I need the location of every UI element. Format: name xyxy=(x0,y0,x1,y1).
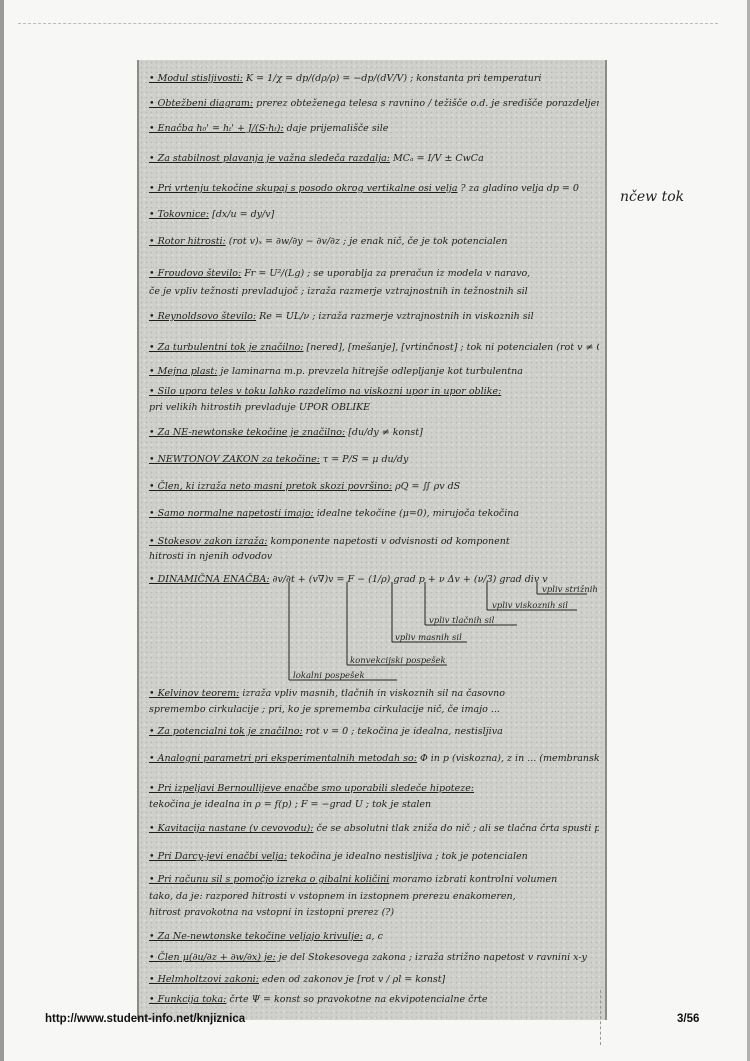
note-line: • Za potencialni tok je značilno: rot v … xyxy=(149,725,599,738)
note-text: hitrosti in njenih odvodov xyxy=(149,551,272,562)
note-text: če je vpliv težnosti prevladujoč ; izraž… xyxy=(149,286,528,297)
note-text: [dx/u = dy/v] xyxy=(209,209,274,220)
fold-line xyxy=(600,990,601,1045)
page-number: 3/56 xyxy=(677,1013,699,1025)
note-line: • Mejna plast: je laminarna m.p. prevzel… xyxy=(149,365,599,378)
note-text: tako, da je: razpored hitrosti v vstopne… xyxy=(149,891,516,902)
note-label: • Stokesov zakon izraža: xyxy=(149,536,267,547)
note-label: • Za Ne-newtonske tekočine veljajo krivu… xyxy=(149,931,363,942)
note-text: daje prijemališče sile xyxy=(284,123,389,134)
note-label: • Mejna plast: xyxy=(149,366,217,377)
note-line: • Rotor hitrosti: (rot v)ₓ = ∂w/∂y − ∂v/… xyxy=(149,235,599,248)
note-text: idealne tekočine (μ=0), mirujoča tekočin… xyxy=(314,508,519,519)
note-text: hitrost pravokotna na vstopni in izstopn… xyxy=(149,907,394,918)
note-line: • Pri vrtenju tekočine skupaj s posodo o… xyxy=(149,182,599,195)
note-text: če se absolutni tlak zniža do nič ; ali … xyxy=(313,823,599,834)
note-text: (rot v)ₓ = ∂w/∂y − ∂v/∂z ; je enak nič, … xyxy=(226,236,508,247)
note-text: [nered], [mešanje], [vrtinčnost] ; tok n… xyxy=(303,342,599,353)
note-text: [du/dy ≠ konst] xyxy=(345,427,423,438)
note-label: • Modul stisljivosti: xyxy=(149,73,243,84)
note-text: tekočina je idealno nestisljiva ; tok je… xyxy=(287,851,528,862)
note-line: hitrosti in njenih odvodov xyxy=(149,550,599,563)
note-label: • Pri izpeljavi Bernoullijeve enačbe smo… xyxy=(149,783,474,794)
note-label: • Samo normalne napetosti imajo: xyxy=(149,508,314,519)
note-line: • Modul stisljivosti: K = 1/χ = dp/(dρ/ρ… xyxy=(149,72,599,85)
note-label: • Pri Darcy-jevi enačbi velja: xyxy=(149,851,287,862)
note-text: moramo izbrati kontrolni volumen xyxy=(389,874,557,885)
label-tlacne: vpliv tlačnih sil xyxy=(429,615,495,626)
note-line: pri velikih hitrostih prevladuje UPOR OB… xyxy=(149,401,599,414)
note-label: • Pri računu sil s pomočjo izreka o giba… xyxy=(149,874,389,885)
note-line: • Pri izpeljavi Bernoullijeve enačbe smo… xyxy=(149,782,599,795)
footer-source-url[interactable]: http://www.student-info.net/knjiznica xyxy=(45,1013,245,1025)
note-text: prerez obteženega telesa s ravnino / tež… xyxy=(253,98,599,109)
note-line: • Helmholtzovi zakoni: eden od zakonov j… xyxy=(149,973,599,986)
note-line: spremembo cirkulacije ; pri, ko je sprem… xyxy=(149,703,599,716)
note-label: • Silo upora teles v toku lahko razdelim… xyxy=(149,386,501,397)
note-label: • Tokovnice: xyxy=(149,209,209,220)
note-line: tako, da je: razpored hitrosti v vstopne… xyxy=(149,890,599,903)
note-text: Φ in p (viskozna), z in ... (membranska)… xyxy=(417,753,599,764)
note-text: komponente napetosti v odvisnosti od kom… xyxy=(267,536,509,547)
label-masne: vpliv masnih sil xyxy=(395,633,462,643)
note-label: • Funkcija toka: xyxy=(149,994,226,1005)
note-text: K = 1/χ = dp/(dρ/ρ) = −dp/(dV/V) ; konst… xyxy=(243,73,541,84)
label-strizne: vpliv strižnih xyxy=(542,584,598,595)
note-text: rot v = 0 ; tekočina je idealna, nestisl… xyxy=(303,726,503,737)
note-line: • Za stabilnost plavanja je važna sledeč… xyxy=(149,152,599,165)
note-text: je del Stokesovega zakona ; izraža striž… xyxy=(276,952,587,963)
note-line: • Za turbulentni tok je značilno: [nered… xyxy=(149,341,599,354)
note-text: ρQ = ∬ ρv dS xyxy=(392,481,460,492)
note-label: • Člen, ki izraža neto masni pretok skoz… xyxy=(149,481,392,492)
note-line: • Člen, ki izraža neto masni pretok skoz… xyxy=(149,480,599,493)
note-text: τ = P/S = μ du/dy xyxy=(320,454,408,465)
note-line: • Froudovo število: Fr = U²/(Lg) ; se up… xyxy=(149,267,599,280)
note-label: • Za stabilnost plavanja je važna sledeč… xyxy=(149,153,390,164)
handwritten-notes-sheet: • Modul stisljivosti: K = 1/χ = dp/(dρ/ρ… xyxy=(137,60,607,1020)
note-line: • Samo normalne napetosti imajo: idealne… xyxy=(149,507,599,520)
note-text: Fr = U²/(Lg) ; se uporablja za preračun … xyxy=(241,268,530,279)
note-text: Re = UL/ν ; izraža razmerje vztrajnostni… xyxy=(256,311,534,322)
label-lokalni: lokalni pospešek xyxy=(293,670,365,681)
note-label: • Helmholtzovi zakoni: xyxy=(149,974,259,985)
label-viskozne: vpliv viskoznih sil xyxy=(492,601,568,611)
note-label: • Froudovo število: xyxy=(149,268,241,279)
note-line: • Za NE-newtonske tekočine je značilno: … xyxy=(149,426,599,439)
note-label: • NEWTONOV ZAKON za tekočine: xyxy=(149,454,320,465)
note-line: • Reynoldsovo število: Re = UL/ν ; izraž… xyxy=(149,310,599,323)
scan-border-left xyxy=(0,0,4,1061)
note-text: črte Ψ = konst so pravokotne na ekvipote… xyxy=(226,994,487,1005)
note-text: a, c xyxy=(363,931,383,942)
note-label: • Enačba h₀' = hₜ' + J/(S·hₜ): xyxy=(149,123,284,134)
note-text: MCₐ = I/V ± CwCa xyxy=(390,153,484,164)
note-label: • Za potencialni tok je značilno: xyxy=(149,726,303,737)
note-line: • Kavitacija nastane (v cevovodu): če se… xyxy=(149,822,599,835)
note-text: pri velikih hitrostih prevladuje UPOR OB… xyxy=(149,402,370,413)
note-line: • Obtežbeni diagram: prerez obteženega t… xyxy=(149,97,599,110)
note-text: ? za gladino velja dp = 0 xyxy=(458,183,579,194)
note-label: • Za turbulentni tok je značilno: xyxy=(149,342,303,353)
note-line: • Tokovnice: [dx/u = dy/v] xyxy=(149,208,599,221)
margin-handwritten-note: nčew tok xyxy=(620,190,684,204)
note-line: • Za Ne-newtonske tekočine veljajo krivu… xyxy=(149,930,599,943)
note-line: • NEWTONOV ZAKON za tekočine: τ = P/S = … xyxy=(149,453,599,466)
note-label: • Obtežbeni diagram: xyxy=(149,98,253,109)
note-label: • Analogni parametri pri eksperimentalni… xyxy=(149,753,417,764)
note-text: je laminarna m.p. prevzela hitrejše odle… xyxy=(217,366,522,377)
note-line: • Člen μ(∂u/∂z + ∂w/∂x) je: je del Stoke… xyxy=(149,951,599,964)
note-label: • Kavitacija nastane (v cevovodu): xyxy=(149,823,313,834)
note-line: • Pri računu sil s pomočjo izreka o giba… xyxy=(149,873,599,886)
note-text: tekočina je idealna in ρ = f(p) ; F = −g… xyxy=(149,799,431,810)
note-label: • Člen μ(∂u/∂z + ∂w/∂x) je: xyxy=(149,952,276,963)
note-label: • Za NE-newtonske tekočine je značilno: xyxy=(149,427,345,438)
note-label: • Pri vrtenju tekočine skupaj s posodo o… xyxy=(149,183,458,194)
note-text: eden od zakonov je [rot v / ρl = konst] xyxy=(259,974,445,985)
note-line: tekočina je idealna in ρ = f(p) ; F = −g… xyxy=(149,798,599,811)
note-text: spremembo cirkulacije ; pri, ko je sprem… xyxy=(149,704,500,715)
note-line: • Silo upora teles v toku lahko razdelim… xyxy=(149,385,599,398)
top-rule xyxy=(18,23,718,24)
note-line: • Stokesov zakon izraža: komponente nape… xyxy=(149,535,599,548)
note-line: če je vpliv težnosti prevladujoč ; izraž… xyxy=(149,285,599,298)
note-line: hitrost pravokotna na vstopni in izstopn… xyxy=(149,906,599,919)
note-label: • Reynoldsovo število: xyxy=(149,311,256,322)
dynamic-equation-diagram: vpliv strižnih vpliv viskoznih sil vpliv… xyxy=(137,580,603,690)
note-line: • Funkcija toka: črte Ψ = konst so pravo… xyxy=(149,993,599,1006)
note-line: • Analogni parametri pri eksperimentalni… xyxy=(149,752,599,765)
note-line: • Enačba h₀' = hₜ' + J/(S·hₜ): daje prij… xyxy=(149,122,599,135)
label-konvekcijski: konvekcijski pospešek xyxy=(350,655,446,666)
note-line: • Pri Darcy-jevi enačbi velja: tekočina … xyxy=(149,850,599,863)
note-label: • Rotor hitrosti: xyxy=(149,236,226,247)
